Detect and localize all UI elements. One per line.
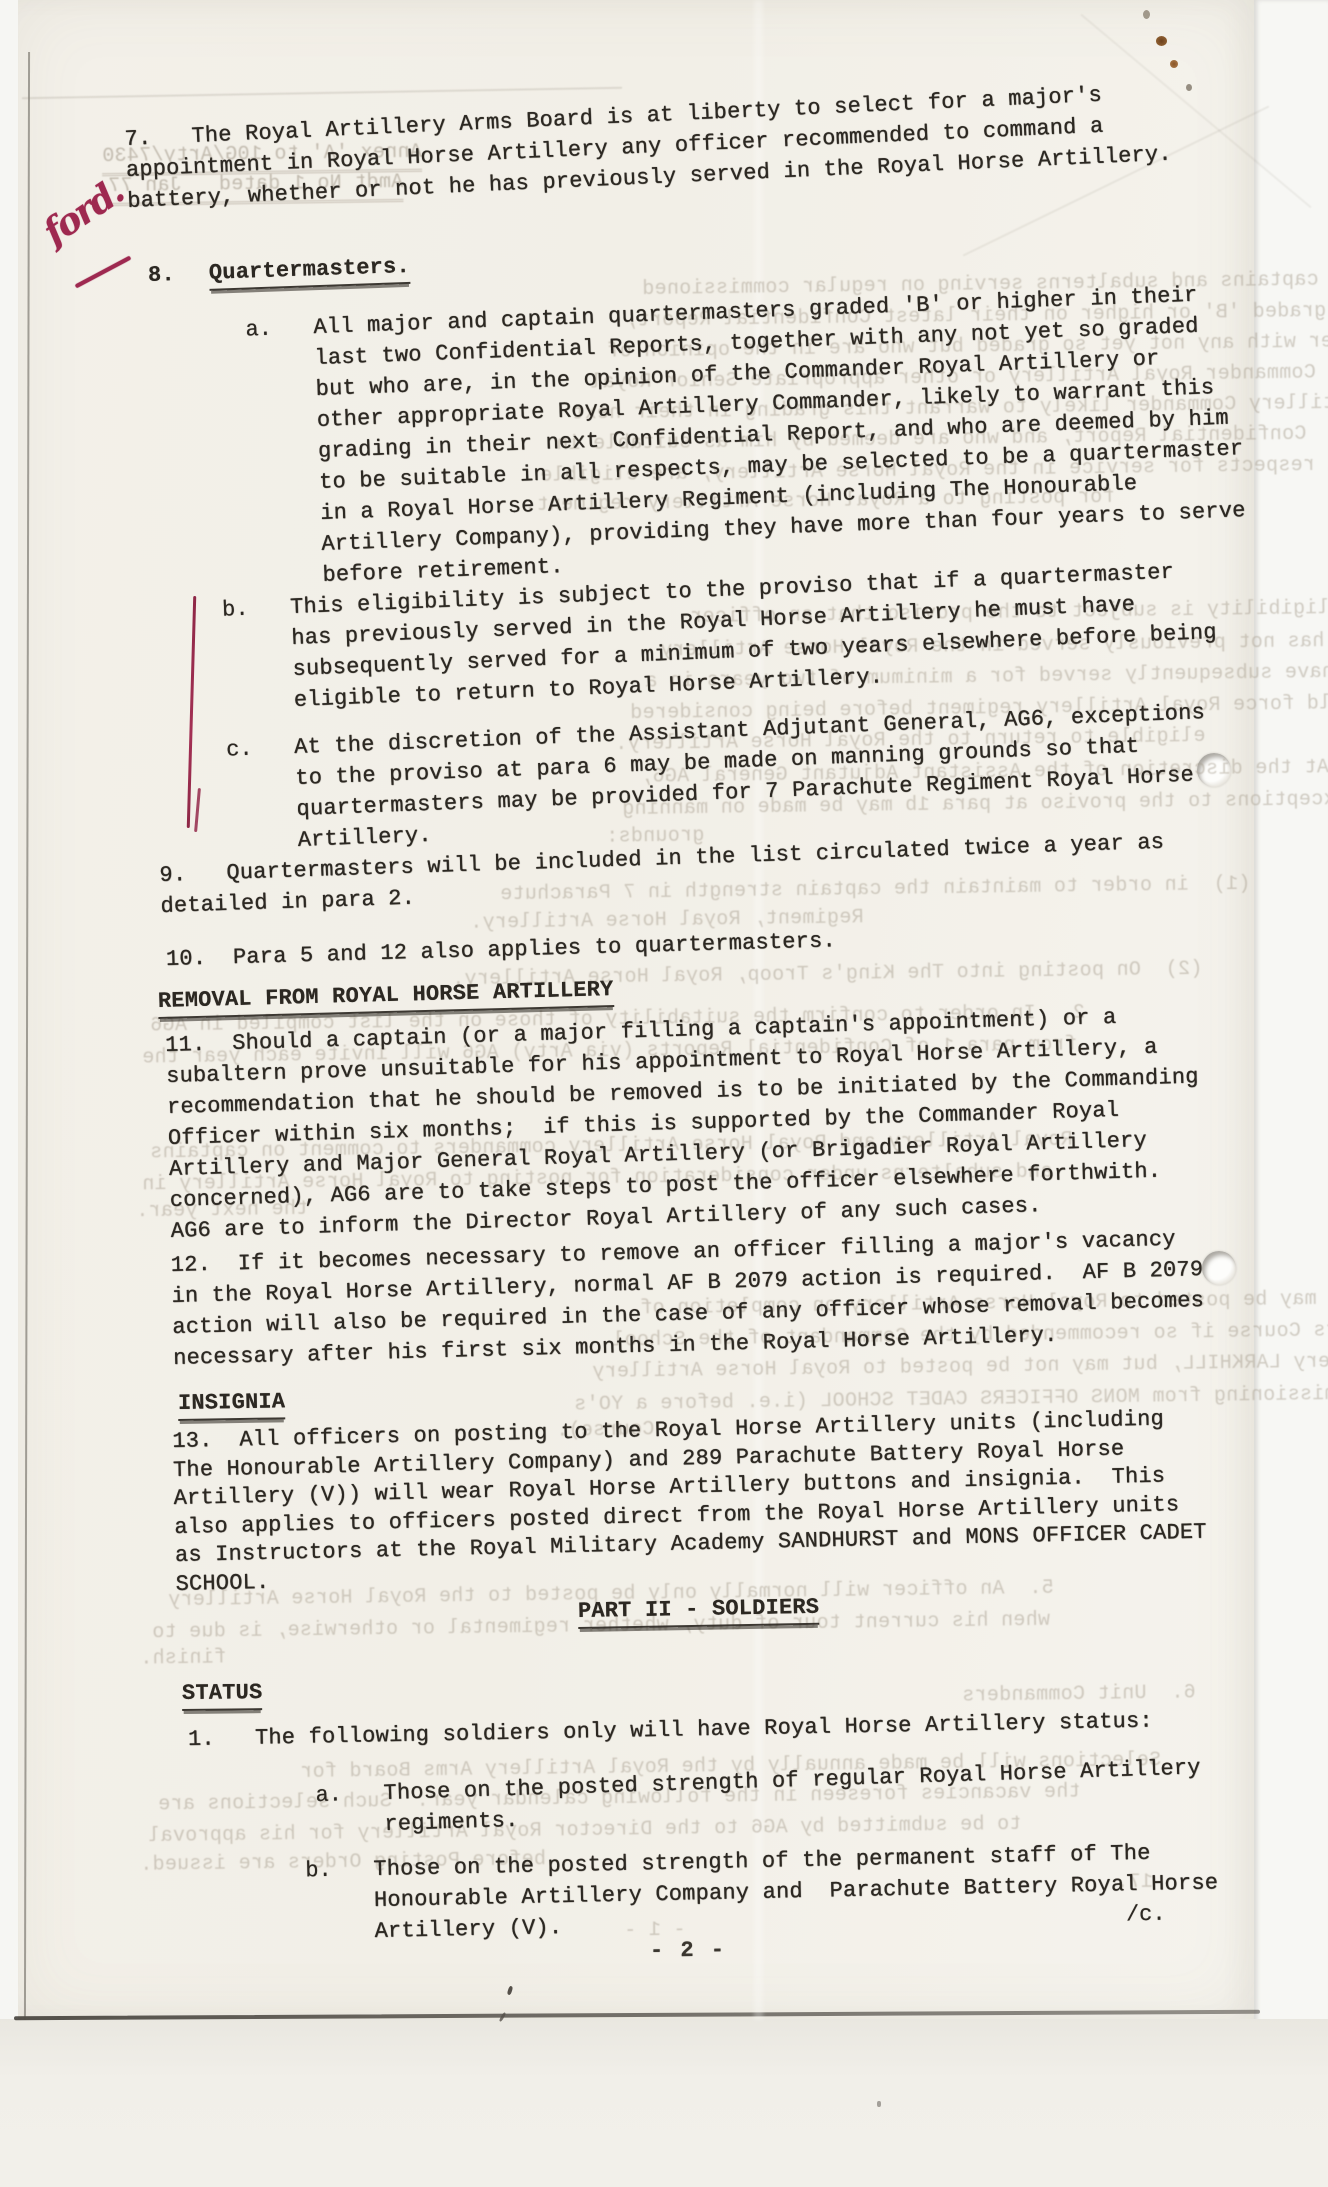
ink-speck: [877, 2101, 881, 2107]
subpara-letter: a.: [245, 314, 273, 346]
subpara-letter: b.: [305, 1855, 332, 1887]
subpara-text: Those on the posted strength of the perm…: [373, 1836, 1219, 1947]
rust-stain: [1156, 36, 1167, 46]
rust-stain: [1186, 84, 1192, 91]
subpara-letter: b.: [222, 594, 250, 626]
sheet-behind-page: [0, 2019, 1328, 2187]
scanned-document-page: Annex 'A' to 10G/Arty/7430Amdt No 1 date…: [0, 0, 1328, 2187]
heading-number: 8.: [147, 258, 209, 291]
doc-block-s1b: b.Those on the posted strength of the pe…: [373, 1836, 1219, 1947]
heading-label: INSIGNIA: [178, 1389, 286, 1421]
doc-block-s8a: a.All major and captain quartermasters g…: [313, 278, 1247, 591]
punch-hole: [1202, 1251, 1236, 1285]
doc-block-p11: 11. Should a captain (or a major filling…: [165, 999, 1203, 1247]
doc-block-hPart2: PART II - SOLDIERS: [578, 1592, 820, 1627]
heading-label: PART II - SOLDIERS: [578, 1595, 820, 1629]
paragraph-text: 13. All officers on posting to the Royal…: [172, 1405, 1208, 1599]
continuation-mark: /c.: [1126, 1902, 1166, 1929]
doc-block-p13: 13. All officers on posting to the Royal…: [172, 1405, 1208, 1599]
bleedthrough-line: finish.: [140, 1643, 227, 1674]
paragraph-text: 11. Should a captain (or a major filling…: [165, 999, 1203, 1247]
subpara-text: All major and captain quartermasters gra…: [313, 278, 1247, 591]
subpara-letter: a.: [315, 1779, 342, 1811]
doc-block-hStatus: STATUS: [182, 1677, 263, 1709]
page-number: - 2 -: [650, 1938, 726, 1965]
doc-block-hInsignia: INSIGNIA: [178, 1386, 286, 1419]
rust-stain: [1143, 10, 1150, 19]
subpara-letter: c.: [226, 734, 254, 766]
heading-label: STATUS: [182, 1680, 263, 1711]
rust-stain: [1170, 60, 1178, 68]
